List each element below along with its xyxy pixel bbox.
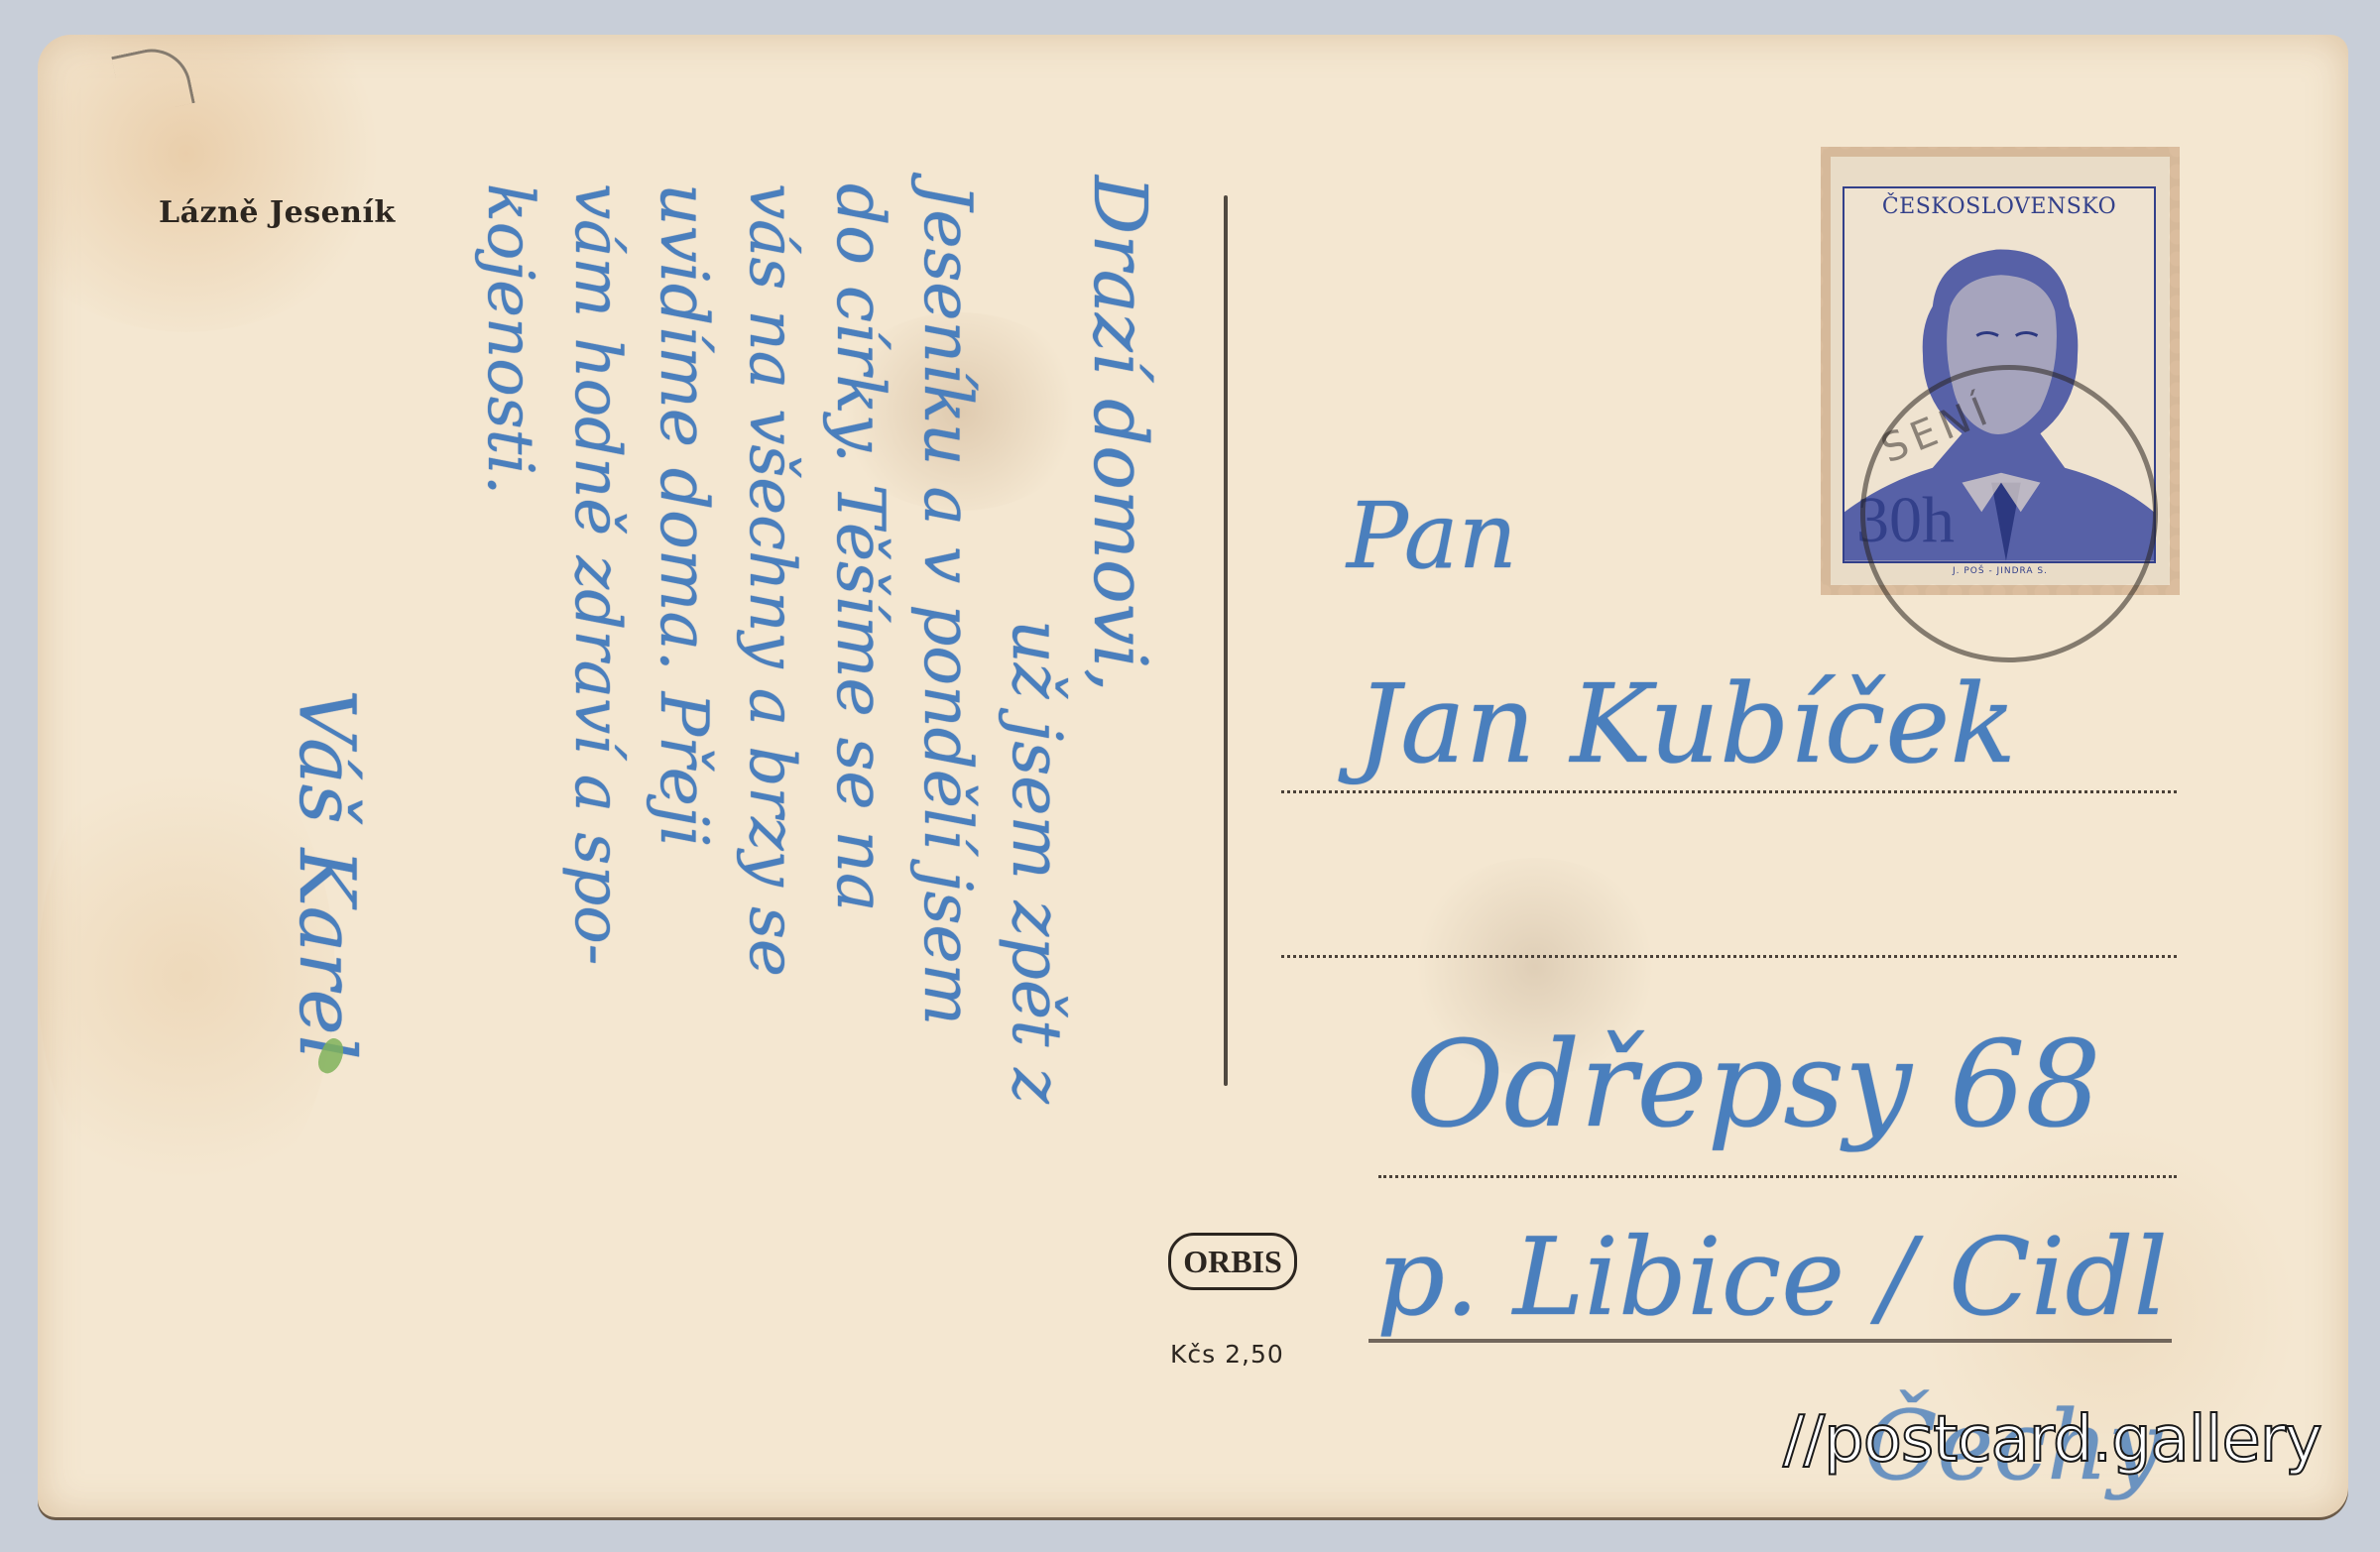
address-salutation: Pan (1347, 491, 1517, 582)
address-line-2 (1281, 955, 2177, 958)
address-street: Odřepsy 68 (1406, 1026, 2101, 1145)
price-label: Kčs 2,50 (1170, 1340, 1284, 1369)
message-line: uvidíme doma. Přeji (651, 183, 716, 847)
message-line: vám hodně zdraví a spo- (565, 183, 629, 965)
message-line: vás na všechny a brzy se (740, 183, 803, 977)
message-line: Jeseníku a v pondělí jsem (914, 183, 980, 1025)
place-caption: Lázně Jeseník (159, 195, 396, 230)
address-line-1 (1281, 790, 2177, 793)
address-line-3 (1378, 1175, 2177, 1178)
message-line: kojenosti. (478, 183, 541, 495)
message-signature: Váš Karel (288, 689, 365, 1060)
center-divider (1224, 195, 1228, 1086)
message-line: už jsem zpět z (1002, 620, 1069, 1104)
age-stain (38, 35, 395, 332)
message-line: do círky. Těšíme se na (827, 183, 892, 911)
postcard: Lázně Jeseník Drazí domovi, už jsem zpět… (38, 35, 2348, 1517)
address-name: Jan Kubíček (1357, 669, 2016, 778)
publisher-logo: ORBIS (1168, 1233, 1297, 1290)
address-post-office: p. Libice / Cidl (1376, 1225, 2168, 1332)
message-line: Drazí domovi, (1083, 176, 1156, 692)
pencil-mark (111, 42, 195, 118)
watermark: //postcard.gallery (1783, 1403, 2321, 1477)
